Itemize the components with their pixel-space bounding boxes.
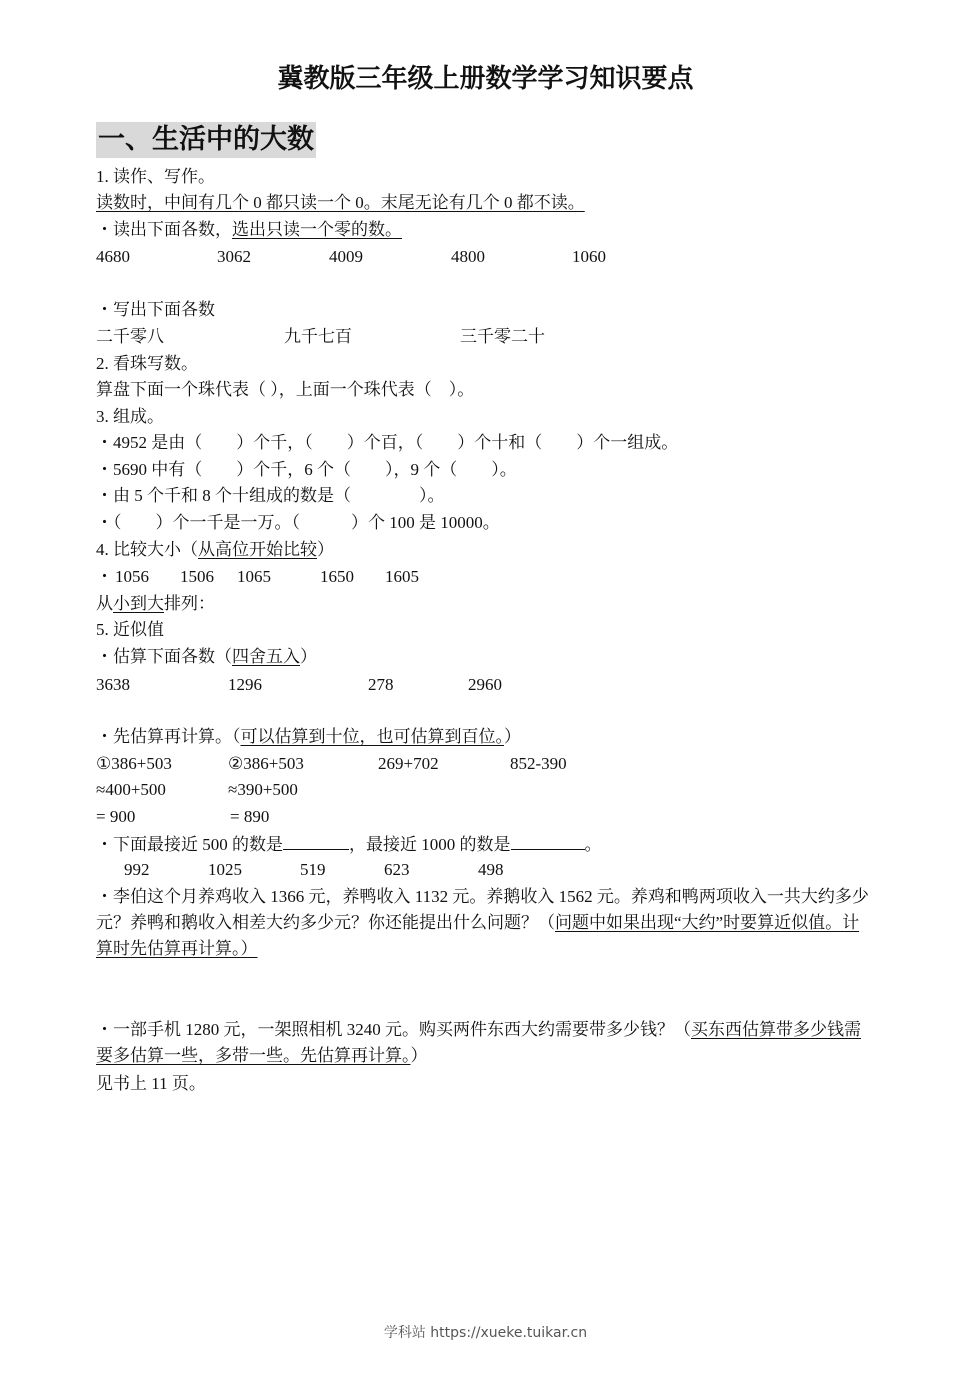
number-cell: 992 [124, 859, 150, 881]
section-heading: 一、生活中的大数 [96, 122, 316, 158]
calc-cell: = 890 [230, 806, 269, 828]
item3-line: ・由 5 个千和 8 个十组成的数是（ ）。 [96, 485, 445, 507]
item5-calc-line: ・先估算再计算。（可以估算到十位，也可估算到百位。） [96, 726, 521, 748]
number-cell: 2960 [468, 674, 502, 696]
calc-prefix: ・先估算再计算。（ [96, 727, 241, 746]
document-title: 冀教版三年级上册数学学习知识要点 [0, 58, 971, 95]
calc-underlined: 可以估算到十位，也可估算到百位。 [241, 727, 505, 746]
item5-numbers-row: 3638 1296 278 2960 [96, 674, 796, 696]
calc-cell: ①386+503 [96, 753, 172, 775]
number-cell: 4680 [96, 246, 130, 268]
closest-numbers-row: 992 1025 519 623 498 [96, 859, 796, 881]
number-cell: 1296 [228, 674, 262, 696]
closest-line: ・下面最接近 500 的数是，最接近 1000 的数是。 [96, 833, 602, 856]
word-cell: 三千零二十 [460, 326, 545, 348]
closest-text-c: 。 [585, 835, 602, 854]
sort-prefix: 从 [96, 594, 113, 613]
problem-2: ・一部手机 1280 元，一架照相机 3240 元。购买两件东西大约需要带多少钱… [96, 1017, 876, 1069]
number-cell: 1025 [208, 859, 242, 881]
number-cell: 519 [300, 859, 326, 881]
problem-2-suffix: ） [411, 1046, 428, 1065]
calc-row-1: ①386+503 ②386+503 269+702 852-390 [96, 753, 796, 775]
number-cell: 1650 [320, 566, 354, 588]
bullet: ・ [96, 566, 113, 588]
item3-line: ・（ ）个一千是一万。（ ）个 100 是 10000。 [96, 512, 500, 534]
closest-text-a: ・下面最接近 500 的数是 [96, 835, 283, 854]
number-cell: 3638 [96, 674, 130, 696]
calc-row-2: ≈400+500 ≈390+500 [96, 779, 796, 801]
see-book-note: 见书上 11 页。 [96, 1073, 206, 1095]
read-task-prefix: ・读出下面各数， [96, 220, 232, 239]
problem-1: ・李伯这个月养鸡收入 1366 元，养鸭收入 1132 元。养鹅收入 1562 … [96, 884, 876, 962]
item4-sort-line: 从小到大排列： [96, 593, 215, 615]
word-cell: 九千七百 [284, 326, 352, 348]
calc-cell: = 900 [96, 806, 135, 828]
answer-blank[interactable] [511, 833, 585, 850]
calc-suffix: ） [504, 727, 521, 746]
number-cell: 1065 [237, 566, 271, 588]
item4-heading-suffix: ） [317, 540, 334, 559]
item3-line: ・4952 是由（ ）个千，（ ）个百，（ ）个十和（ ）个一组成。 [96, 432, 678, 454]
read-task-underlined: 选出只读一个零的数。 [232, 220, 402, 239]
item4-heading-prefix: 4. 比较大小（ [96, 540, 198, 559]
watermark-footer: 学科站 https://xueke.tuikar.cn [0, 1322, 971, 1342]
item4-numbers-row: ・ 1056 1506 1065 1650 1605 [96, 566, 796, 588]
calc-cell: ②386+503 [228, 753, 304, 775]
item2-text: 算盘下面一个珠代表（ ），上面一个珠代表（ ）。 [96, 379, 474, 401]
calc-cell: 852-390 [510, 753, 567, 775]
closest-text-b: ，最接近 1000 的数是 [349, 835, 511, 854]
number-cell: 623 [384, 859, 410, 881]
estimate-prefix: ・估算下面各数（ [96, 647, 232, 666]
item1-numbers-row: 4680 3062 4009 4800 1060 [96, 246, 796, 268]
item2-heading: 2. 看珠写数。 [96, 353, 198, 375]
item5-heading: 5. 近似值 [96, 619, 164, 641]
number-cell: 4800 [451, 246, 485, 268]
item3-heading: 3. 组成。 [96, 406, 164, 428]
number-cell: 1056 [115, 566, 149, 588]
calc-cell: ≈400+500 [96, 779, 166, 801]
number-cell: 1605 [385, 566, 419, 588]
calc-cell: 269+702 [378, 753, 439, 775]
calc-row-3: = 900 = 890 [96, 806, 796, 828]
number-cell: 1060 [572, 246, 606, 268]
item4-heading: 4. 比较大小（从高位开始比较） [96, 539, 334, 561]
item3-line: ・5690 中有（ ）个千，6 个（ ），9 个（ ）。 [96, 459, 517, 481]
item4-heading-underlined: 从高位开始比较 [198, 540, 317, 559]
number-cell: 278 [368, 674, 394, 696]
number-cell: 3062 [217, 246, 251, 268]
word-cell: 二千零八 [96, 326, 164, 348]
estimate-suffix: ） [300, 647, 317, 666]
item1-heading: 1. 读作、写作。 [96, 166, 215, 188]
item1-read-task: ・读出下面各数，选出只读一个零的数。 [96, 219, 402, 241]
sort-suffix: 排列： [164, 594, 215, 613]
item5-estimate-line: ・估算下面各数（四舍五入） [96, 646, 317, 668]
number-cell: 4009 [329, 246, 363, 268]
item1-write-task: ・写出下面各数 [96, 299, 215, 321]
number-cell: 1506 [180, 566, 214, 588]
estimate-underlined: 四舍五入 [232, 647, 300, 666]
item1-rule: 读数时，中间有几个 0 都只读一个 0。末尾无论有几个 0 都不读。 [96, 192, 585, 214]
problem-2-text: ・一部手机 1280 元，一架照相机 3240 元。购买两件东西大约需要带多少钱… [96, 1020, 691, 1039]
number-cell: 498 [478, 859, 504, 881]
item1-words-row: 二千零八 九千七百 三千零二十 [96, 326, 796, 348]
calc-cell: ≈390+500 [228, 779, 298, 801]
answer-blank[interactable] [283, 833, 349, 850]
sort-underlined: 小到大 [113, 594, 164, 613]
